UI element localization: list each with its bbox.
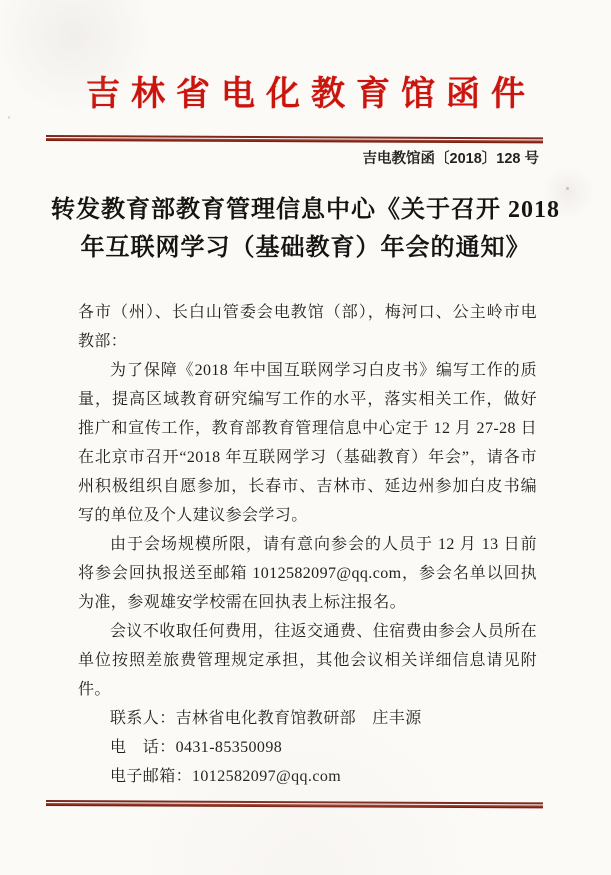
body-paragraph-2: 由于会场规模所限，请有意向参会的人员于 12 月 13 日前将参会回执报送至邮箱… [78,530,537,617]
notice-title-line2: 年互联网学习（基础教育）年会的通知》 [40,229,571,267]
contact-email-line: 电子邮箱：1012582097@qq.com [78,762,537,791]
body-paragraph-3: 会议不收取任何费用，往返交通费、住宿费由参会人员所在单位按照差旅费管理规定承担，… [78,617,537,704]
scan-speck [566,187,569,190]
scan-speck [8,116,10,119]
notice-title-line1: 转发教育部教育管理信息中心《关于召开 2018 [40,191,571,229]
scanned-letter-page: 吉林省电化教育馆函件 吉电教馆函〔2018〕128 号 转发教育部教育管理信息中… [0,0,611,875]
letter-body: 各市（州）、长白山管委会电教馆（部），梅河口、公主岭市电教部： 为了保障《201… [78,298,537,791]
footer-rule [46,800,543,808]
salutation: 各市（州）、长白山管委会电教馆（部），梅河口、公主岭市电教部： [78,298,537,356]
contact-phone-line: 电 话：0431-85350098 [78,733,537,762]
letterhead-org-title: 吉林省电化教育馆函件 [0,0,611,116]
body-paragraph-1: 为了保障《2018 年中国互联网学习白皮书》编写工作的质量，提高区域教育研究编写… [78,356,537,530]
contact-block: 联系人：吉林省电化教育馆教研部 庄丰源 电 话：0431-85350098 电子… [78,704,537,791]
contact-person-line: 联系人：吉林省电化教育馆教研部 庄丰源 [78,704,537,733]
scan-speck [529,367,531,369]
notice-title: 转发教育部教育管理信息中心《关于召开 2018 年互联网学习（基础教育）年会的通… [40,191,571,267]
document-number: 吉电教馆函〔2018〕128 号 [0,150,539,168]
header-rule [46,135,543,143]
